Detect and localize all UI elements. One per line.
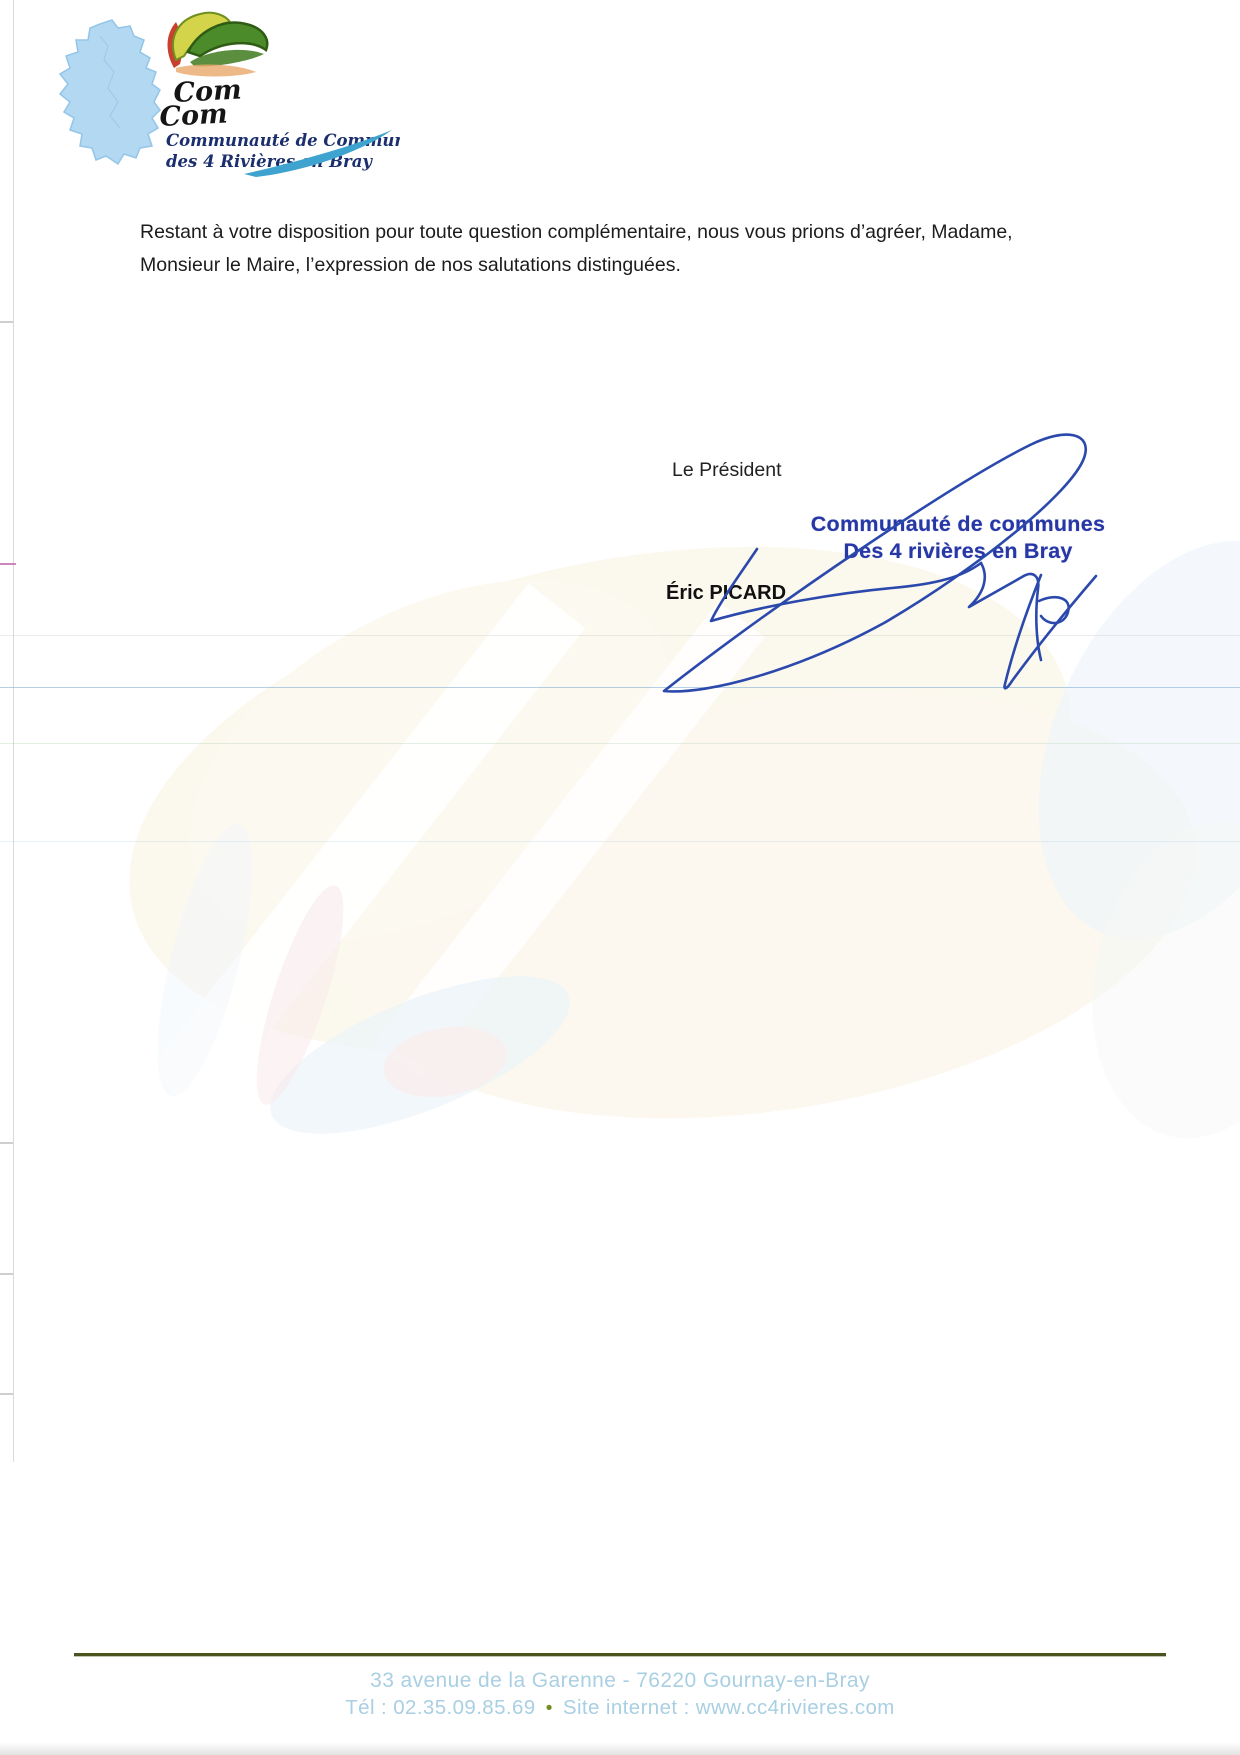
scan-artifact-bottom-shadow [0,1742,1240,1755]
logo-com-text-bottom: Com [159,98,229,133]
logo-map-shape [60,20,160,164]
stamp-line-2: Des 4 rivières en Bray [800,538,1116,565]
closing-line-1: Restant à votre disposition pour toute q… [140,216,1060,249]
footer-phone: Tél : 02.35.09.85.69 [345,1696,535,1719]
footer-bullet-icon: • [542,1698,557,1719]
scan-artifact-tick [0,1393,13,1395]
signer-title: Le Président [672,459,782,482]
footer-address: 33 avenue de la Garenne - 76220 Gournay-… [0,1669,1240,1693]
stamp-line-1: Communauté de communes [800,511,1116,538]
footer-contact: Tél : 02.35.09.85.69 • Site internet : w… [0,1696,1240,1720]
scan-artifact-tick [0,563,16,565]
scanned-letter-page: Com Com Communauté de Communes des 4 Riv… [0,0,1240,1755]
closing-paragraph: Restant à votre disposition pour toute q… [140,216,1060,282]
scan-artifact-tick [0,1273,13,1275]
scan-artifact-tick [0,321,13,323]
scan-artifact-line [0,635,1240,636]
closing-line-2: Monsieur le Maire, l’expression de nos s… [140,249,1060,282]
scan-artifact-tick [0,1142,13,1144]
footer-rule [74,1653,1166,1656]
footer-website: Site internet : www.cc4rivieres.com [563,1696,895,1719]
signer-name: Éric PICARD [666,582,786,605]
president-stamp: Communauté de communes Des 4 rivières en… [800,511,1116,565]
org-logo: Com Com Communauté de Communes des 4 Riv… [48,6,400,178]
scan-artifact-line [0,687,1240,688]
scan-artifact-line [0,841,1240,842]
logo-leaves-icon [168,13,268,77]
scan-artifact-line [0,743,1240,744]
scan-artifact-vline [13,0,14,1462]
